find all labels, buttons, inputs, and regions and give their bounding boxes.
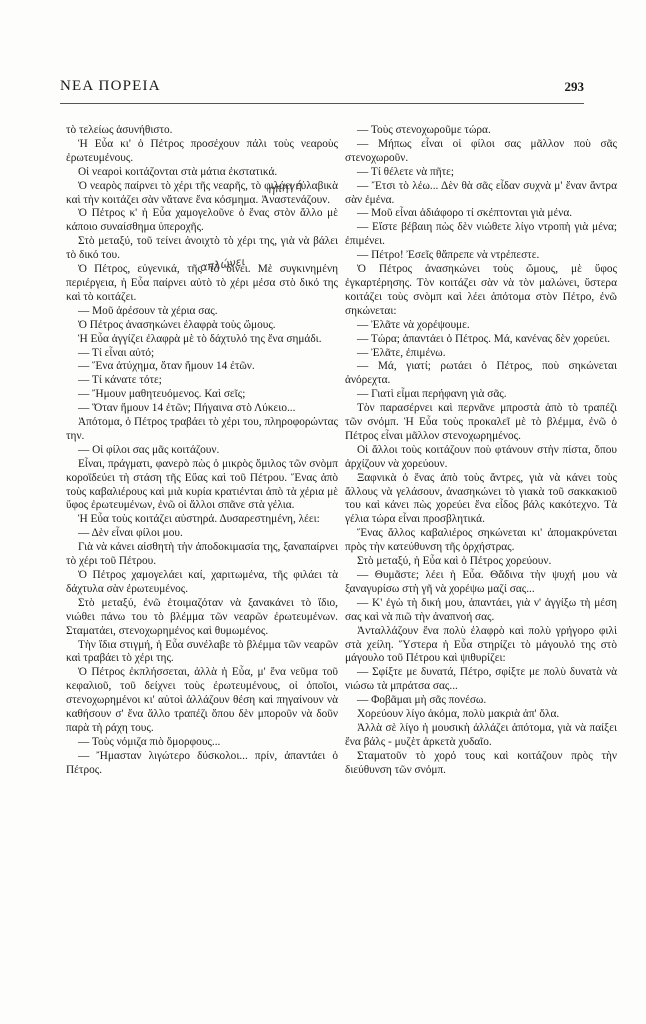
- paragraph: τὸ τελείως ἀσυνήθιστο.: [66, 124, 338, 138]
- paragraph: — Γιατὶ εἶμαι περήφανη γιὰ σᾶς.: [345, 388, 617, 402]
- paragraph: — Ἐλᾶτε νὰ χορέψουμε.: [345, 319, 617, 333]
- paragraph: Ἀλλὰ σὲ λίγο ἡ μουσικὴ ἀλλάζει ἀπότομα, …: [345, 722, 617, 750]
- paragraph: Σταματοῦν τὸ χορό τους καὶ κοιτάζουν πρὸ…: [345, 750, 617, 778]
- paragraph: — Ἕνα ἀτύχημα, ὅταν ἤμουν 14 ἐτῶν.: [66, 360, 338, 374]
- right-column: — Τοὺς στενοχωροῦμε τώρα.— Μήπως εἶναι ο…: [345, 124, 617, 778]
- journal-title: ΝΕΑ ΠΟΡΕΙΑ: [60, 78, 161, 95]
- paragraph: — Μοῦ εἶναι ἀδιάφορο τί σκέπτονται γιὰ μ…: [345, 207, 617, 221]
- paragraph: Στὸ μεταξύ, ἐνῶ ἑτοιμαζόταν νὰ ξανακάνει…: [66, 597, 338, 639]
- paragraph: Τὸν παρασέρνει καὶ περνᾶνε μπροστὰ ἀπὸ τ…: [345, 402, 617, 444]
- paragraph: Τὴν ἴδια στιγμή, ἡ Εὖα συνέλαβε τὸ βλέμμ…: [66, 639, 338, 667]
- paragraph: Ἡ Εὖα κι' ὁ Πέτρος προσέχουν πάλι τοὺς ν…: [66, 138, 338, 166]
- paragraph: Ἀνταλλάζουν ἕνα πολὺ ἐλαφρὸ καὶ πολὺ γρή…: [345, 625, 617, 667]
- paragraph: — Θυμᾶστε; λέει ἡ Εὖα. Θἄδινα τὴν ψυχή μ…: [345, 569, 617, 597]
- page-number: 293: [565, 79, 585, 95]
- paragraph: — Εἴστε βέβαιη πὼς δὲν νιώθετε λίγο ντρο…: [345, 221, 617, 249]
- paragraph: — Κ' ἐγὼ τὴ δική μου, ἀπαντάει, γιὰ ν' ἀ…: [345, 597, 617, 625]
- paragraph: Ἕνας ἄλλος καβαλιέρος σηκώνεται κι' ἀπομ…: [345, 527, 617, 555]
- paragraph: — Ὅταν ἤμουν 14 ἐτῶν; Πήγαινα στὸ Λύκειο…: [66, 402, 338, 416]
- left-column: τὸ τελείως ἀσυνήθιστο.Ἡ Εὖα κι' ὁ Πέτρος…: [66, 124, 338, 778]
- paragraph: Εἶναι, πράγματι, φανερὸ πὼς ὁ μικρὸς ὅμι…: [66, 458, 338, 514]
- paragraph: Ὁ Πέτρος κ' ἡ Εὖα χαμογελοῦνε ὁ ἕνας στὸ…: [66, 207, 338, 235]
- paragraph: Στὸ μεταξύ, τοῦ τείνει ἀνοιχτὸ τὸ χέρι τ…: [66, 235, 338, 263]
- paragraph: Ἡ Εὖα ἀγγίζει ἐλαφρὰ μὲ τὸ δάχτυλό της ἕ…: [66, 333, 338, 347]
- paragraph: — Τί κάνατε τότε;: [66, 374, 338, 388]
- paragraph: — Πέτρο! Ἐσεῖς θἄπρεπε νὰ ντρέπεστε.: [345, 249, 617, 263]
- paragraph: — Μοῦ ἀρέσουν τὰ χέρια σας.: [66, 305, 338, 319]
- document-page: ΝΕΑ ΠΟΡΕΙΑ 293 τὸ τελείως ἀσυνήθιστο.Ἡ Ε…: [0, 0, 646, 1024]
- paragraph: Οἱ νεαροὶ κοιτάζονται στὰ μάτια ἐκστατικ…: [66, 166, 338, 180]
- paragraph: — Οἱ φίλοι σας μᾶς κοιτάζουν.: [66, 444, 338, 458]
- paragraph: Οἱ ἄλλοι τοὺς κοιτάζουν ποὺ φτάνουν στὴν…: [345, 444, 617, 472]
- paragraph: — Τί θέλετε νὰ πῆτε;: [345, 166, 617, 180]
- paragraph: — Σφίξτε με δυνατά, Πέτρο, σφίξτε με πολ…: [345, 666, 617, 694]
- header-rule: [60, 103, 584, 104]
- paragraph: — Τί εἶναι αὐτό;: [66, 347, 338, 361]
- paragraph: — Μά, γιατί; ρωτάει ὁ Πέτρος, ποὺ σηκώνε…: [345, 360, 617, 388]
- paragraph: Ὁ Πέτρος ἀνασηκώνει τοὺς ὤμους, μὲ ὕφος …: [345, 263, 617, 319]
- paragraph: — Ἐλᾶτε, ἐπιμένω.: [345, 347, 617, 361]
- paragraph: Γιὰ νὰ κάνει αἰσθητὴ τὴν ἀποδοκιμασία τη…: [66, 541, 338, 569]
- paragraph: Ὁ Πέτρος ἐκπλήσσεται, ἀλλὰ ἡ Εὖα, μ' ἕνα…: [66, 666, 338, 736]
- paragraph: — Τοὺς στενοχωροῦμε τώρα.: [345, 124, 617, 138]
- running-header: ΝΕΑ ΠΟΡΕΙΑ 293: [60, 78, 584, 100]
- paragraph: Στὸ μεταξύ, ἡ Εὖα καὶ ὁ Πέτρος χορεύουν.: [345, 555, 617, 569]
- paragraph: — Δὲν εἶναι φίλοι μου.: [66, 527, 338, 541]
- paragraph: — Ἤμουν μαθητευόμενος. Καὶ σεῖς;: [66, 388, 338, 402]
- paragraph: — Τοὺς νόμιζα πιὸ ὄμορφους...: [66, 736, 338, 750]
- paragraph: Ξαφνικὰ ὁ ἕνας ἀπὸ τοὺς ἄντρες, γιὰ νὰ κ…: [345, 472, 617, 528]
- paragraph: — Ἤμασταν λιγώτερο δύσκολοι... πρίν, ἀπα…: [66, 750, 338, 778]
- paragraph: — Ἔτσι τὸ λέω... Δὲν θὰ σᾶς εἶδαν συχνὰ …: [345, 180, 617, 208]
- paragraph: — Φοβᾶμαι μὴ σᾶς πονέσω.: [345, 694, 617, 708]
- paragraph: Ὁ Πέτρος χαμογελάει καί, χαριτωμένα, τῆς…: [66, 569, 338, 597]
- paragraph: — Μήπως εἶναι οἱ φίλοι σας μᾶλλον ποὺ σᾶ…: [345, 138, 617, 166]
- paragraph: Ἡ Εὖα τοὺς κοιτάζει αὐστηρά. Δυσαρεστημέ…: [66, 513, 338, 527]
- paragraph: Ἀπότομα, ὁ Πέτρος τραβάει τὸ χέρι του, π…: [66, 416, 338, 444]
- paragraph: Ὁ Πέτρος ἀνασηκώνει ἐλαφρὰ τοὺς ὤμους.: [66, 319, 338, 333]
- paragraph: Χορεύουν λίγο ἀκόμα, πολὺ μακριὰ ἀπ' ὅλα…: [345, 708, 617, 722]
- paragraph: — Τώρα; ἀπαντάει ὁ Πέτρος. Μά, κανένας δ…: [345, 333, 617, 347]
